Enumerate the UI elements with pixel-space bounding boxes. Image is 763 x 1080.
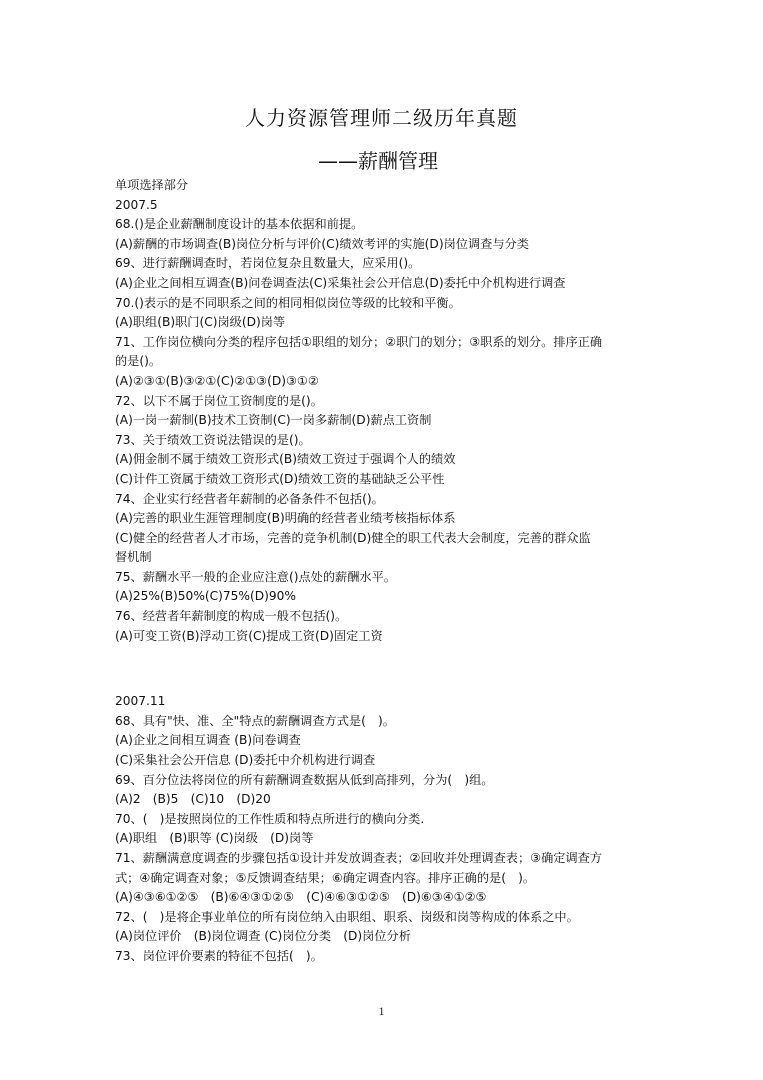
question-text: 68.()是企业薪酬制度设计的基本依据和前提。	[115, 215, 655, 235]
question-text: 71、薪酬满意度调查的步骤包括①设计并发放调查表；②回收并处理调查表；③确定调查…	[115, 849, 655, 869]
section-spacer	[115, 646, 655, 692]
answer-options-continued: 督机制	[115, 548, 655, 568]
question-text: 73、岗位评价要素的特征不包括( )。	[115, 947, 655, 967]
document-body: 单项选择部分 2007.5 68.()是企业薪酬制度设计的基本依据和前提。 (A…	[115, 176, 655, 967]
question-text: 70.()表示的是不同职系之间的相同相似岗位等级的比较和平衡。	[115, 294, 655, 314]
question-text-continued: 式；④确定调查对象；⑤反馈调查结果；⑥确定调查内容。排序正确的是( )。	[115, 869, 655, 889]
answer-options: (A)企业之间相互调查(B)问卷调查法(C)采集社会公开信息(D)委托中介机构进…	[115, 274, 655, 294]
section-heading: 单项选择部分	[115, 176, 655, 196]
question-text: 69、百分位法将岗位的所有薪酬调查数据从低到高排列，分为( )组。	[115, 771, 655, 791]
answer-options: (A)②③①(B)③②①(C)②①③(D)③①②	[115, 372, 655, 392]
question-text-continued: 的是()。	[115, 352, 655, 372]
answer-options: (A)企业之间相互调查 (B)问卷调查	[115, 731, 655, 751]
question-text: 73、关于绩效工资说法错误的是()。	[115, 431, 655, 451]
answer-options: (A)2 (B)5 (C)10 (D)20	[115, 790, 655, 810]
document-page: 人力资源管理师二级历年真题 ——薪酬管理 单项选择部分 2007.5 68.()…	[0, 0, 763, 1080]
question-text: 70、( )是按照岗位的工作性质和特点所进行的横向分类.	[115, 810, 655, 830]
answer-options: (C)健全的经营者人才市场，完善的竞争机制(D)健全的职工代表大会制度，完善的群…	[115, 529, 655, 549]
question-text: 72、( )是将企事业单位的所有岗位纳入由职组、职系、岗级和岗等构成的体系之中。	[115, 908, 655, 928]
question-text: 72、以下不属于岗位工资制度的是()。	[115, 392, 655, 412]
page-subtitle: ——薪酬管理	[318, 145, 438, 174]
answer-options: (C)计件工资属于绩效工资形式(D)绩效工资的基础缺乏公平性	[115, 470, 655, 490]
question-text: 76、经营者年薪制度的构成一般不包括()。	[115, 607, 655, 627]
question-text: 71、工作岗位横向分类的程序包括①职组的划分；②职门的划分；③职系的划分。排序正…	[115, 333, 655, 353]
answer-options: (A)可变工资(B)浮动工资(C)提成工资(D)固定工资	[115, 627, 655, 647]
answer-options: (A)一岗一薪制(B)技术工资制(C)一岗多薪制(D)薪点工资制	[115, 411, 655, 431]
answer-options: (C)采集社会公开信息 (D)委托中介机构进行调查	[115, 751, 655, 771]
answer-options: (A)25%(B)50%(C)75%(D)90%	[115, 587, 655, 607]
answer-options: (A)佣金制不属于绩效工资形式(B)绩效工资过于强调个人的绩效	[115, 450, 655, 470]
answer-options: (A)薪酬的市场调查(B)岗位分析与评价(C)绩效考评的实施(D)岗位调查与分类	[115, 235, 655, 255]
question-text: 74、企业实行经营者年薪制的必备条件不包括()。	[115, 490, 655, 510]
question-text: 69、进行薪酬调查时，若岗位复杂且数量大，应采用()。	[115, 254, 655, 274]
question-text: 75、薪酬水平一般的企业应注意()点处的薪酬水平。	[115, 568, 655, 588]
exam-date: 2007.11	[115, 692, 655, 712]
answer-options: (A)④③⑥①②⑤ (B)⑥④③①②⑤ (C)④⑥③①②⑤ (D)⑥③④①②⑤	[115, 888, 655, 908]
answer-options: (A)职组(B)职门(C)岗级(D)岗等	[115, 313, 655, 333]
answer-options: (A)职组 (B)职等 (C)岗级 (D)岗等	[115, 829, 655, 849]
answer-options: (A)完善的职业生涯管理制度(B)明确的经营者业绩考核指标体系	[115, 509, 655, 529]
exam-date: 2007.5	[115, 196, 655, 216]
page-title: 人力资源管理师二级历年真题	[0, 102, 763, 131]
question-text: 68、具有"快、准、全"特点的薪酬调查方式是( )。	[115, 712, 655, 732]
page-number: 1	[0, 1004, 763, 1019]
answer-options: (A)岗位评价 (B)岗位调查 (C)岗位分类 (D)岗位分析	[115, 927, 655, 947]
